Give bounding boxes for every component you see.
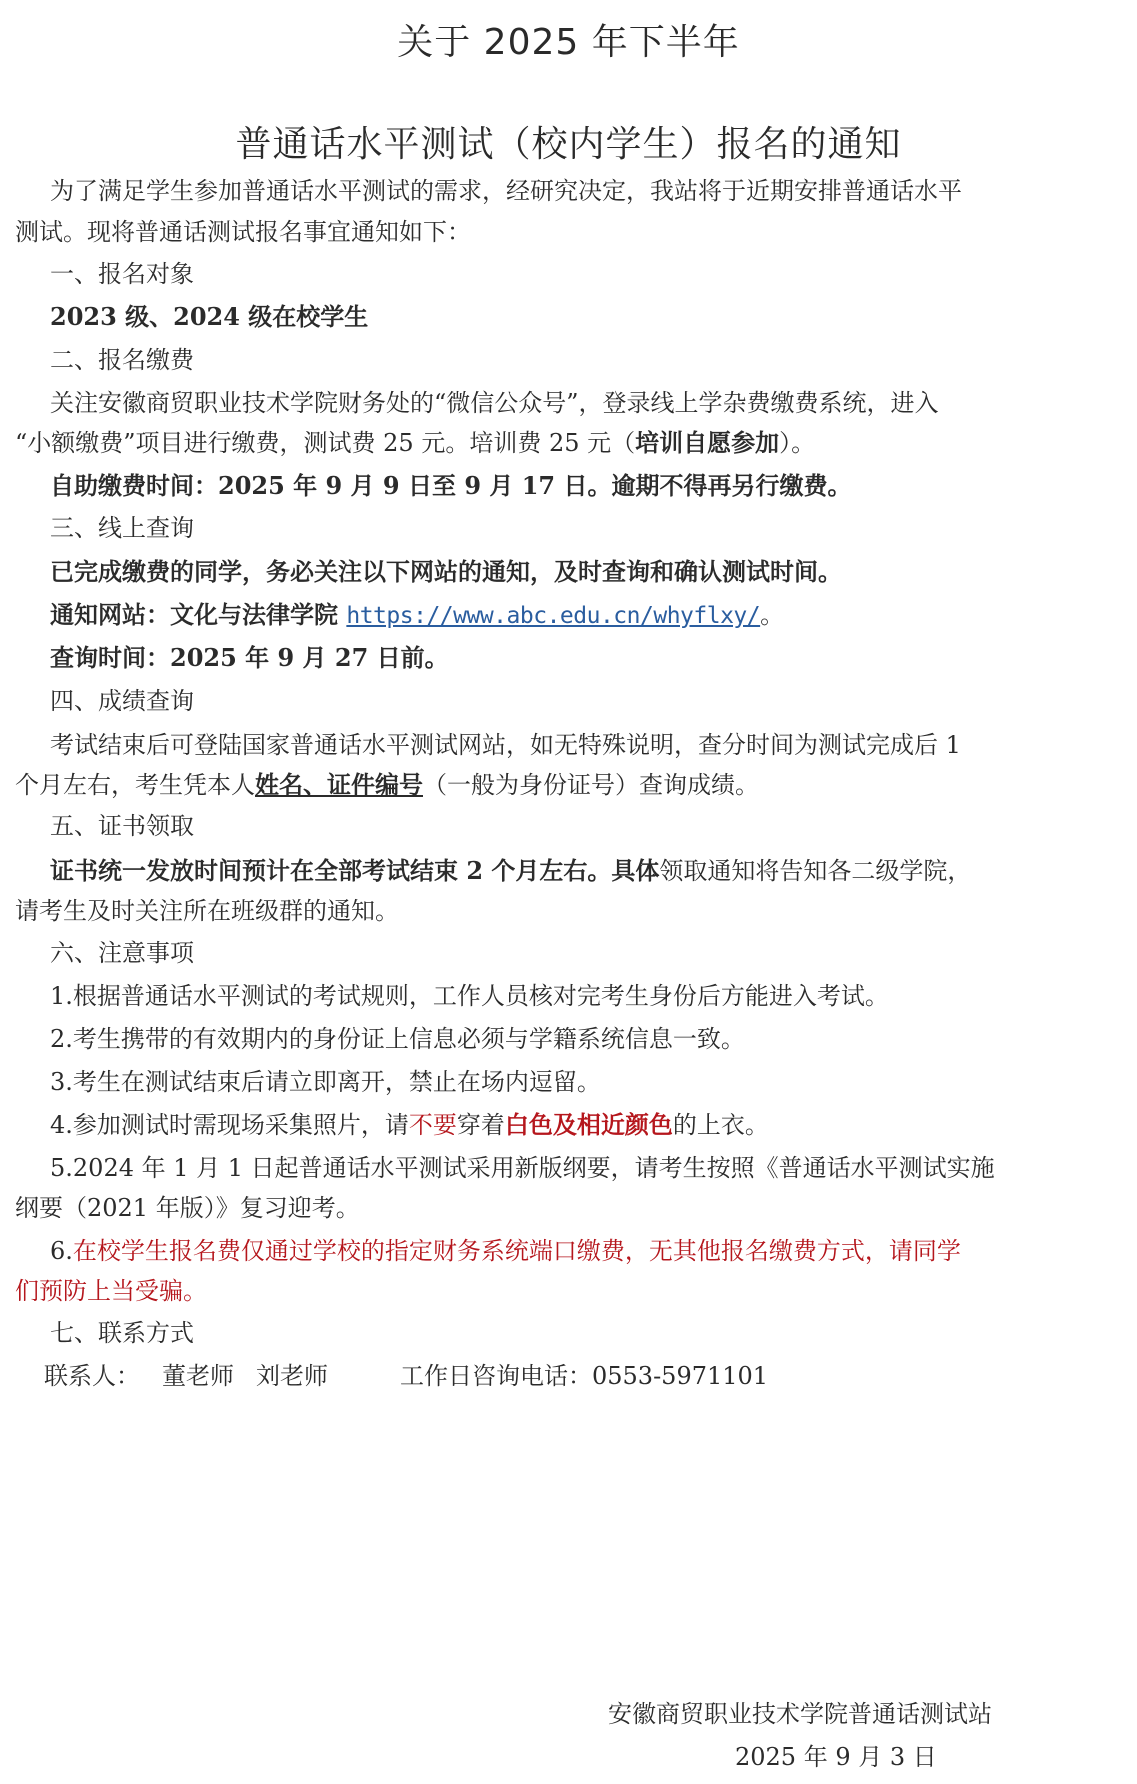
name-id-underlined: 姓名、证件编号 — [255, 770, 423, 799]
section-6-heading: 六、注意事项 — [0, 938, 1137, 968]
fee-text-end: ）。 — [779, 429, 815, 457]
section-3-heading: 三、线上查询 — [0, 513, 1137, 543]
item-6-red-warning: 在校学生报名费仅通过学校的指定财务系统端口缴费，无其他报名缴费方式，请同学 — [73, 1237, 961, 1265]
intro-line-1: 为了满足学生参加普通话水平测试的需求，经研究决定，我站将于近期安排普通话水平 — [0, 176, 1137, 206]
section-2-heading: 二、报名缴费 — [0, 345, 1137, 375]
section-4-line-2: 个月左右，考生凭本人姓名、证件编号（一般为身份证号）查询成绩。 — [0, 770, 1137, 800]
item-4-text-b: 穿着 — [457, 1111, 505, 1139]
section-1-heading: 一、报名对象 — [0, 259, 1137, 289]
notice-site-link[interactable]: https://www.abc.edu.cn/whyflxy/ — [346, 603, 760, 629]
payment-time: 自助缴费时间：2025 年 9 月 9 日至 9 月 17 日。逾期不得再另行缴… — [0, 471, 1137, 501]
title-line-2: 普通话水平测试（校内学生）报名的通知 — [0, 116, 1137, 167]
notice-site-label: 通知网站：文化与法律学院 — [50, 600, 346, 629]
query-time: 查询时间：2025 年 9 月 27 日前。 — [0, 643, 1137, 673]
section-4-heading: 四、成绩查询 — [0, 686, 1137, 716]
contact-person-2: 刘老师 — [256, 1362, 328, 1390]
training-voluntary-text: 培训自愿参加 — [635, 428, 779, 457]
section-3-para-1: 已完成缴费的同学，务必关注以下网站的通知，及时查询和确认测试时间。 — [0, 557, 1137, 587]
section-5-line-1: 证书统一发放时间预计在全部考试结束 2 个月左右。具体领取通知将告知各二级学院， — [0, 856, 1137, 886]
fee-text: “小额缴费”项目进行缴费，测试费 25 元。培训费 25 元（ — [15, 429, 635, 457]
notice-item-4: 4.参加测试时需现场采集照片，请不要穿着白色及相近颜色的上衣。 — [0, 1110, 1137, 1140]
section-5-heading: 五、证书领取 — [0, 811, 1137, 841]
item-4-text-c: 的上衣。 — [673, 1111, 769, 1139]
signature-date: 2025 年 9 月 3 日 — [735, 1742, 937, 1772]
notice-item-5-line-2: 纲要（2021 年版）》复习迎考。 — [0, 1193, 1137, 1223]
notice-item-3: 3.考生在测试结束后请立即离开，禁止在场内逗留。 — [0, 1067, 1137, 1097]
contact-label: 联系人： — [44, 1362, 140, 1390]
contact-phone: 工作日咨询电话：0553-5971101 — [400, 1362, 768, 1390]
item-4-red-do-not: 不要 — [409, 1111, 457, 1139]
section-2-para-1-line-2: “小额缴费”项目进行缴费，测试费 25 元。培训费 25 元（培训自愿参加）。 — [0, 428, 1137, 458]
title-line-1: 关于 2025 年下半年 — [0, 14, 1137, 65]
notice-item-5-line-1: 5.2024 年 1 月 1 日起普通话水平测试采用新版纲要，请考生按照《普通话… — [0, 1153, 1137, 1183]
intro-line-2: 测试。现将普通话测试报名事宜通知如下： — [0, 217, 1137, 247]
section-5-line-2: 请考生及时关注所在班级群的通知。 — [0, 896, 1137, 926]
contact-line: 联系人：董老师刘老师工作日咨询电话：0553-5971101 — [0, 1361, 1137, 1391]
section-2-para-1-line-1: 关注安徽商贸职业技术学院财务处的“微信公众号”，登录线上学杂费缴费系统，进入 — [0, 388, 1137, 418]
item-6-number: 6. — [50, 1237, 73, 1265]
notice-site-end: 。 — [760, 601, 784, 629]
certificate-time-bold: 证书统一发放时间预计在全部考试结束 2 个月左右。具体 — [50, 856, 659, 885]
item-4-red-white-color: 白色及相近颜色 — [505, 1110, 673, 1139]
section-1-content: 2023 级、2024 级在校学生 — [0, 302, 1137, 332]
contact-person-1: 董老师 — [162, 1362, 234, 1390]
score-text-c: （一般为身份证号）查询成绩。 — [423, 771, 759, 799]
certificate-notice-rest: 领取通知将告知各二级学院， — [659, 857, 971, 885]
notice-item-1: 1.根据普通话水平测试的考试规则，工作人员核对完考生身份后方能进入考试。 — [0, 981, 1137, 1011]
notice-item-6-line-2: 们预防上当受骗。 — [0, 1276, 1137, 1306]
item-4-text-a: 4.参加测试时需现场采集照片，请 — [50, 1111, 409, 1139]
score-text-a: 个月左右，考生凭本人 — [15, 771, 255, 799]
notice-item-6-line-1: 6.在校学生报名费仅通过学校的指定财务系统端口缴费，无其他报名缴费方式，请同学 — [0, 1236, 1137, 1266]
section-4-line-1: 考试结束后可登陆国家普通话水平测试网站，如无特殊说明，查分时间为测试完成后 1 — [0, 730, 1137, 760]
notice-item-2: 2.考生携带的有效期内的身份证上信息必须与学籍系统信息一致。 — [0, 1024, 1137, 1054]
notice-site-line: 通知网站：文化与法律学院 https://www.abc.edu.cn/whyf… — [0, 600, 1137, 631]
signature-org: 安徽商贸职业技术学院普通话测试站 — [608, 1699, 992, 1729]
section-7-heading: 七、联系方式 — [0, 1318, 1137, 1348]
